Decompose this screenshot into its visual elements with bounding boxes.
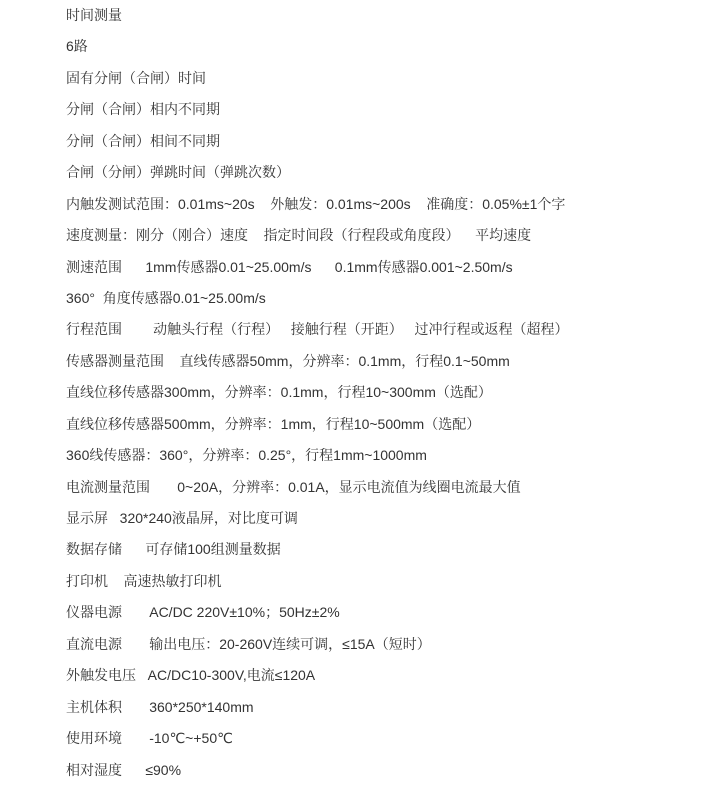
spec-line: 固有分闸（合闸）时间	[66, 63, 710, 94]
spec-line: 相对湿度 ≤90%	[66, 755, 710, 786]
spec-line: 打印机 高速热敏打印机	[66, 566, 710, 597]
spec-line: 行程范围 动触头行程（行程） 接触行程（开距） 过冲行程或返程（超程）	[66, 314, 710, 345]
spec-line-title: 时间测量	[66, 0, 710, 31]
spec-line: 使用环境 -10℃~+50℃	[66, 723, 710, 754]
spec-line: 内触发测试范围：0.01ms~20s 外触发：0.01ms~200s 准确度：0…	[66, 189, 710, 220]
spec-document: 时间测量 6路 固有分闸（合闸）时间 分闸（合闸）相内不同期 分闸（合闸）相间不…	[0, 0, 720, 786]
spec-line: 主机体积 360*250*140mm	[66, 692, 710, 723]
spec-line: 合闸（分闸）弹跳时间（弹跳次数）	[66, 157, 710, 188]
spec-line: 直流电源 输出电压：20-260V连续可调，≤15A（短时）	[66, 629, 710, 660]
spec-line: 分闸（合闸）相间不同期	[66, 126, 710, 157]
spec-line: 仪器电源 AC/DC 220V±10%；50Hz±2%	[66, 597, 710, 628]
spec-line: 分闸（合闸）相内不同期	[66, 94, 710, 125]
spec-line: 测速范围 1mm传感器0.01~25.00m/s 0.1mm传感器0.001~2…	[66, 252, 710, 283]
spec-line: 传感器测量范围 直线传感器50mm，分辨率：0.1mm，行程0.1~50mm	[66, 346, 710, 377]
spec-line: 360线传感器：360°，分辨率：0.25°，行程1mm~1000mm	[66, 440, 710, 471]
spec-line: 360° 角度传感器0.01~25.00m/s	[66, 283, 710, 314]
spec-line: 直线位移传感器500mm，分辨率：1mm，行程10~500mm（选配）	[66, 409, 710, 440]
spec-line: 显示屏 320*240液晶屏，对比度可调	[66, 503, 710, 534]
spec-line: 直线位移传感器300mm，分辨率：0.1mm，行程10~300mm（选配）	[66, 377, 710, 408]
spec-line: 速度测量：刚分（刚合）速度 指定时间段（行程段或角度段） 平均速度	[66, 220, 710, 251]
spec-line-channels: 6路	[66, 31, 710, 62]
spec-line: 数据存储 可存储100组测量数据	[66, 534, 710, 565]
spec-line: 电流测量范围 0~20A，分辨率：0.01A，显示电流值为线圈电流最大值	[66, 472, 710, 503]
spec-line: 外触发电压 AC/DC10-300V,电流≤120A	[66, 660, 710, 691]
